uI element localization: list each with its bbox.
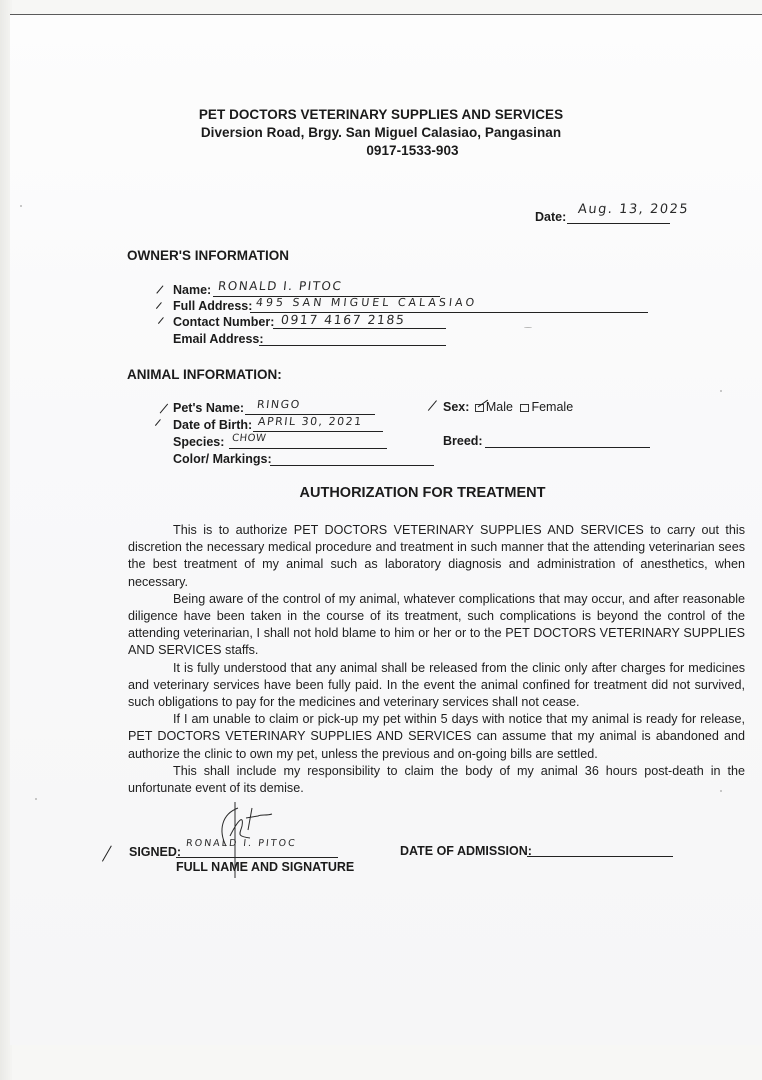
owner-email-field[interactable] [259, 345, 446, 346]
pet-dob-value[interactable]: APRIL 30, 2021 [257, 415, 363, 428]
breed-label: Breed: [443, 434, 483, 448]
authorization-paragraph: Being aware of the control of my animal,… [128, 591, 745, 660]
breed-field[interactable] [485, 447, 650, 448]
sex-female-option[interactable]: Female [531, 400, 573, 414]
date-value[interactable]: Aug. 13, 2025 [577, 202, 690, 217]
scan-speck [20, 205, 22, 207]
owner-address-label: Full Address: [173, 299, 252, 313]
sex-male-checkbox[interactable] [475, 404, 484, 412]
color-markings-label: Color/ Markings: [173, 452, 272, 466]
color-markings-field[interactable] [270, 465, 434, 466]
signature-caption: FULL NAME AND SIGNATURE [176, 860, 354, 874]
date-of-admission-label: DATE OF ADMISSION: [400, 844, 532, 858]
company-name: PET DOCTORS VETERINARY SUPPLIES AND SERV… [0, 107, 762, 122]
sex-field: Sex: Male Female [443, 400, 573, 414]
owner-email-label: Email Address: [173, 332, 264, 346]
signed-label: SIGNED: [129, 845, 181, 859]
pet-name-value[interactable]: RINGO [256, 398, 301, 411]
pet-dob-field[interactable] [253, 431, 383, 432]
scan-speck [720, 390, 722, 392]
owner-contact-label: Contact Number: [173, 315, 274, 329]
owner-contact-field[interactable] [273, 328, 446, 329]
pet-dob-label: Date of Birth: [173, 418, 252, 432]
species-label: Species: [173, 435, 224, 449]
authorization-body: This is to authorize PET DOCTORS VETERIN… [128, 522, 745, 797]
sex-label: Sex: [443, 400, 469, 414]
owner-address-value[interactable]: 495 SAN MIGUEL CALASIAO [255, 296, 478, 309]
owner-contact-value[interactable]: 0917 4167 2185 [280, 312, 406, 327]
authorization-paragraph: It is fully understood that any animal s… [128, 660, 745, 712]
date-field-line[interactable] [567, 223, 670, 224]
species-field[interactable] [229, 448, 387, 449]
scan-speck [524, 327, 532, 328]
date-label: Date: [535, 210, 566, 224]
owner-name-label: Name: [173, 283, 211, 297]
owners-information-title: OWNER'S INFORMATION [127, 248, 289, 263]
company-phone: 0917-1533-903 [0, 143, 762, 158]
authorization-paragraph: This is to authorize PET DOCTORS VETERIN… [128, 522, 745, 591]
animal-information-title: ANIMAL INFORMATION: [127, 367, 282, 382]
date-of-admission-field[interactable] [527, 856, 673, 857]
scan-speck [35, 798, 37, 800]
authorization-paragraph: If I am unable to claim or pick-up my pe… [128, 711, 745, 763]
company-address: Diversion Road, Brgy. San Miguel Calasia… [0, 125, 762, 140]
pet-name-label: Pet's Name: [173, 401, 244, 415]
sex-female-checkbox[interactable] [520, 404, 529, 412]
species-value[interactable]: CHOW [231, 433, 266, 444]
authorization-paragraph: This shall include my responsibility to … [128, 763, 745, 797]
sex-male-option[interactable]: Male [486, 400, 513, 414]
owner-name-value[interactable]: RONALD I. PITOC [217, 279, 343, 293]
authorization-title: AUTHORIZATION FOR TREATMENT [0, 485, 762, 501]
